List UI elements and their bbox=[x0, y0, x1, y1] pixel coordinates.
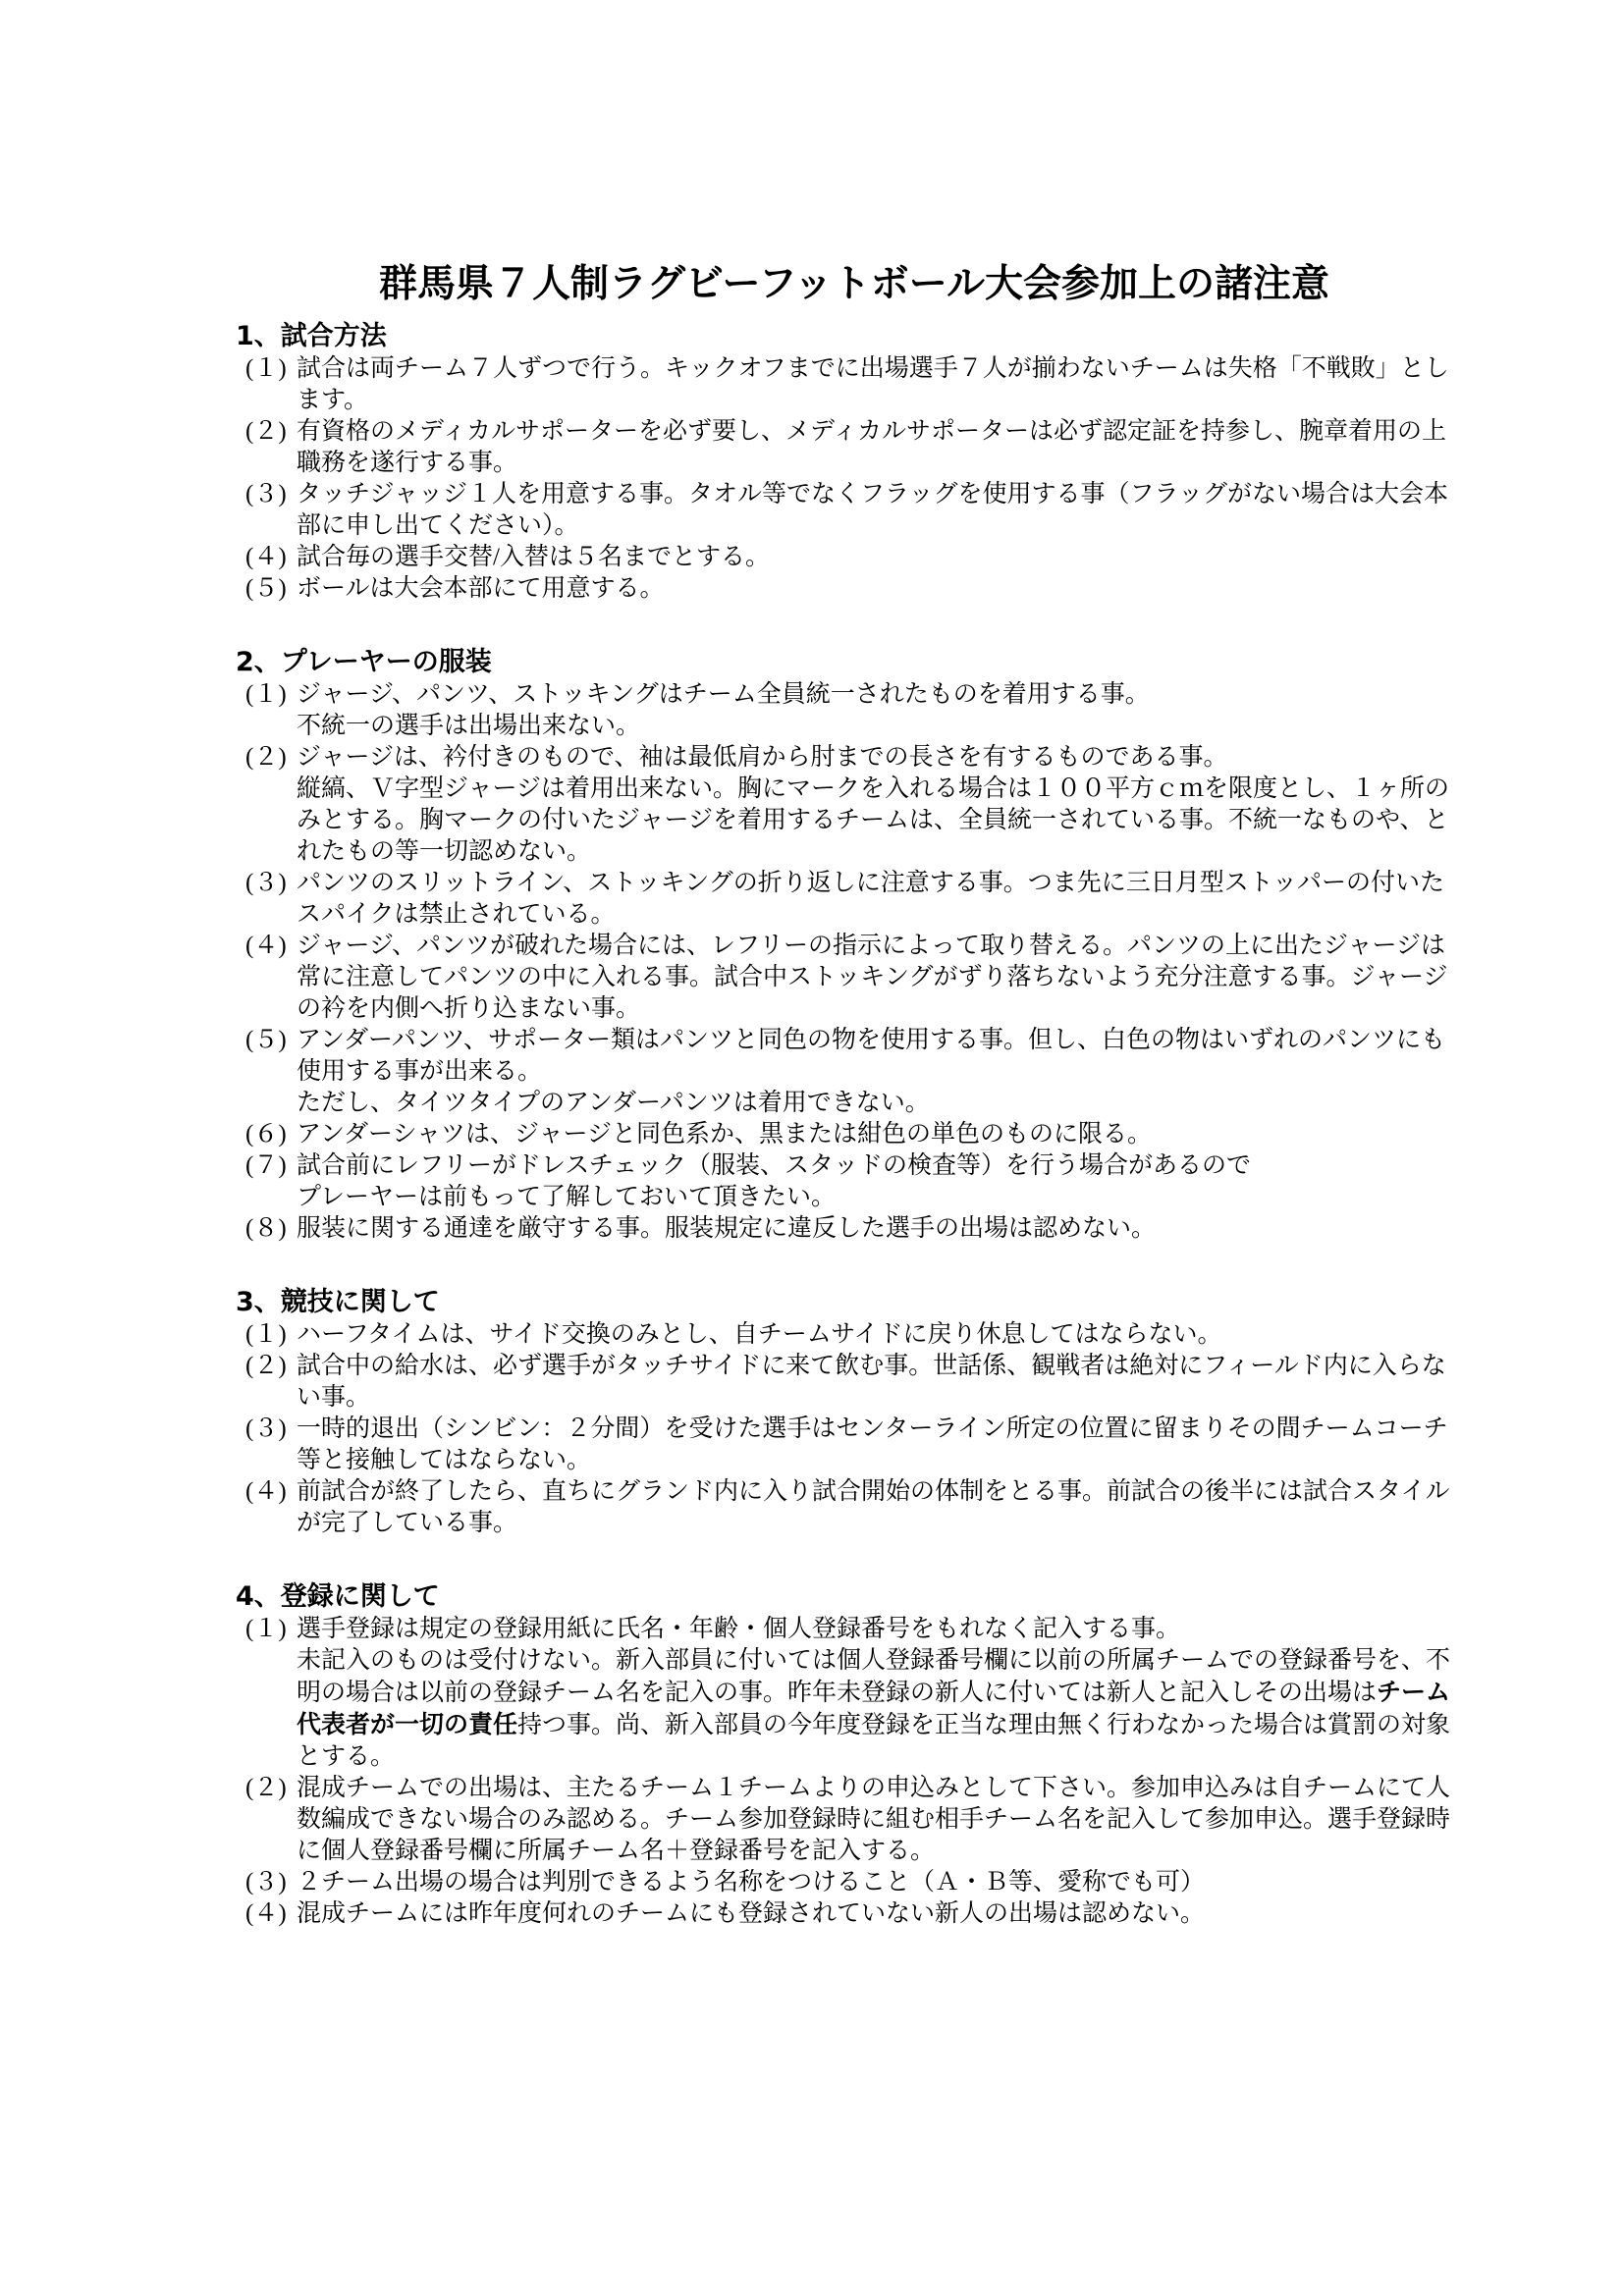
item-text: 服装に関する通達を厳守する事。服装規定に違反した選手の出場は認めない。 bbox=[297, 1213, 1473, 1245]
list-item: (２)試合中の給水は、必ず選手がタッチサイドに来て飲む事。世話係、観戦者は絶対に… bbox=[245, 1351, 1473, 1414]
text-line: アンダーパンツ、サポーター類はパンツと同色の物を使用する事。但し、白色の物はいず… bbox=[297, 1025, 1473, 1056]
item-text: アンダーシャツは、ジャージと同色系か、黒または紺色の単色のものに限る。 bbox=[297, 1119, 1473, 1150]
section-4: 4、登録に関して(１)選手登録は規定の登録用紙に氏名・年齢・個人登録番号をもれな… bbox=[236, 1580, 1473, 1930]
item-number: (１) bbox=[245, 1319, 297, 1351]
text-line: アンダーシャツは、ジャージと同色系か、黒または紺色の単色のものに限る。 bbox=[297, 1119, 1473, 1150]
item-number: (２) bbox=[245, 1351, 297, 1382]
section-3: 3、競技に関して(１)ハーフタイムは、サイド交換のみとし、自チームサイドに戻り休… bbox=[236, 1286, 1473, 1539]
text-line: ジャージ、パンツ、ストッキングはチーム全員統一されたものを着用する事。 bbox=[297, 679, 1473, 711]
text-line: プレーヤーは前もって了解しておいて頂きたい。 bbox=[297, 1182, 1473, 1213]
item-number: (４) bbox=[245, 542, 297, 573]
bold-text: 代表者が一切の責任 bbox=[297, 1710, 517, 1738]
list-item: (１)選手登録は規定の登録用紙に氏名・年齢・個人登録番号をもれなく記入する事。未… bbox=[245, 1614, 1473, 1773]
text-line: い事。 bbox=[297, 1382, 1473, 1414]
list-item: (４)混成チームには昨年度何れのチームにも登録されていない新人の出場は認めない。 bbox=[245, 1898, 1473, 1930]
page-title: 群馬県７人制ラグビーフットボール大会参加上の諸注意 bbox=[236, 261, 1473, 306]
item-text: 混成チームでの出場は、主たるチーム１チームよりの申込みとして下さい。参加申込みは… bbox=[297, 1773, 1473, 1867]
item-number: (３) bbox=[245, 868, 297, 899]
section-1: 1、試合方法(１)試合は両チーム７人ずつで行う。キックオフまでに出場選手７人が揃… bbox=[236, 320, 1473, 605]
text-line: パンツのスリットライン、ストッキングの折り返しに注意する事。つま先に三日月型スト… bbox=[297, 868, 1473, 899]
item-number: (１) bbox=[245, 679, 297, 711]
section-heading: 3、競技に関して bbox=[236, 1286, 1473, 1319]
text-line: 混成チームには昨年度何れのチームにも登録されていない新人の出場は認めない。 bbox=[297, 1898, 1473, 1930]
section-2: 2、プレーヤーの服装(１)ジャージ、パンツ、ストッキングはチーム全員統一されたも… bbox=[236, 646, 1473, 1245]
item-number: (３) bbox=[245, 1867, 297, 1898]
document-content: 群馬県７人制ラグビーフットボール大会参加上の諸注意 1、試合方法(１)試合は両チ… bbox=[236, 261, 1473, 1930]
item-number: (４) bbox=[245, 1476, 297, 1508]
list-item: (３)パンツのスリットライン、ストッキングの折り返しに注意する事。つま先に三日月… bbox=[245, 868, 1473, 931]
item-number: (１) bbox=[245, 353, 297, 385]
text-line: 一時的退出（シンビン：２分間）を受けた選手はセンターライン所定の位置に留まりその… bbox=[297, 1414, 1473, 1445]
text-line: 試合中の給水は、必ず選手がタッチサイドに来て飲む事。世話係、観戦者は絶対にフィー… bbox=[297, 1351, 1473, 1382]
text-line: 前試合が終了したら、直ちにグランド内に入り試合開始の体制をとる事。前試合の後半に… bbox=[297, 1476, 1473, 1508]
list-item: (５)ボールは大会本部にて用意する。 bbox=[245, 573, 1473, 605]
item-text: 前試合が終了したら、直ちにグランド内に入り試合開始の体制をとる事。前試合の後半に… bbox=[297, 1476, 1473, 1539]
item-number: (８) bbox=[245, 1213, 297, 1245]
text-line: みとする。胸マークの付いたジャージを着用するチームは、全員統一されている事。不統… bbox=[297, 805, 1473, 836]
item-text: ２チーム出場の場合は判別できるよう名称をつけること（Ａ・Ｂ等、愛称でも可） bbox=[297, 1867, 1473, 1898]
text-line: 使用する事が出来る。 bbox=[297, 1056, 1473, 1088]
item-text: 有資格のメディカルサポーターを必ず要し、メディカルサポーターは必ず認定証を持参し… bbox=[297, 416, 1473, 479]
item-number: (６) bbox=[245, 1119, 297, 1150]
list-item: (７)試合前にレフリーがドレスチェック（服装、スタッドの検査等）を行う場合がある… bbox=[245, 1150, 1473, 1213]
item-number: (４) bbox=[245, 931, 297, 962]
text-line: スパイクは禁止されている。 bbox=[297, 899, 1473, 931]
text-line: 有資格のメディカルサポーターを必ず要し、メディカルサポーターは必ず認定証を持参し… bbox=[297, 416, 1473, 448]
text-line: ただし、タイツタイプのアンダーパンツは着用できない。 bbox=[297, 1088, 1473, 1119]
item-text: ボールは大会本部にて用意する。 bbox=[297, 573, 1473, 605]
bold-text: チーム bbox=[1377, 1678, 1450, 1706]
text-line: が完了している事。 bbox=[297, 1508, 1473, 1539]
section-heading: 2、プレーヤーの服装 bbox=[236, 646, 1473, 679]
item-text: 試合は両チーム７人ずつで行う。キックオフまでに出場選手７人が揃わないチームは失格… bbox=[297, 353, 1473, 416]
list-item: (３)一時的退出（シンビン：２分間）を受けた選手はセンターライン所定の位置に留ま… bbox=[245, 1414, 1473, 1476]
list-item: (６)アンダーシャツは、ジャージと同色系か、黒または紺色の単色のものに限る。 bbox=[245, 1119, 1473, 1150]
text-line: 試合毎の選手交替/入替は５名までとする。 bbox=[297, 542, 1473, 573]
item-text: 混成チームには昨年度何れのチームにも登録されていない新人の出場は認めない。 bbox=[297, 1898, 1473, 1930]
text-line: 試合前にレフリーがドレスチェック（服装、スタッドの検査等）を行う場合があるので bbox=[297, 1150, 1473, 1182]
item-number: (５) bbox=[245, 1025, 297, 1056]
text-line: 明の場合は以前の登録チーム名を記入の事。昨年未登録の新人に付いては新人と記入しそ… bbox=[297, 1677, 1473, 1709]
text-line: 縦縞、Ｖ字型ジャージは着用出来ない。胸にマークを入れる場合は１００平方ｃｍを限度… bbox=[297, 774, 1473, 805]
list-item: (３)２チーム出場の場合は判別できるよう名称をつけること（Ａ・Ｂ等、愛称でも可） bbox=[245, 1867, 1473, 1898]
text-line: 代表者が一切の責任持つ事。尚、新入部員の今年度登録を正当な理由無く行わなかった場… bbox=[297, 1709, 1473, 1741]
list-item: (２)有資格のメディカルサポーターを必ず要し、メディカルサポーターは必ず認定証を… bbox=[245, 416, 1473, 479]
item-number: (３) bbox=[245, 1414, 297, 1445]
item-text: ハーフタイムは、サイド交換のみとし、自チームサイドに戻り休息してはならない。 bbox=[297, 1319, 1473, 1351]
document-page: 群馬県７人制ラグビーフットボール大会参加上の諸注意 1、試合方法(１)試合は両チ… bbox=[0, 0, 1623, 2296]
item-text: 試合中の給水は、必ず選手がタッチサイドに来て飲む事。世話係、観戦者は絶対にフィー… bbox=[297, 1351, 1473, 1414]
section-heading: 4、登録に関して bbox=[236, 1580, 1473, 1614]
item-text: ジャージ、パンツ、ストッキングはチーム全員統一されたものを着用する事。不統一の選… bbox=[297, 679, 1473, 742]
list-item: (２)混成チームでの出場は、主たるチーム１チームよりの申込みとして下さい。参加申… bbox=[245, 1773, 1473, 1867]
list-item: (８)服装に関する通達を厳守する事。服装規定に違反した選手の出場は認めない。 bbox=[245, 1213, 1473, 1245]
item-text: タッチジャッジ１人を用意する事。タオル等でなくフラッグを使用する事（フラッグがな… bbox=[297, 479, 1473, 542]
item-number: (４) bbox=[245, 1898, 297, 1930]
text-line: 未記入のものは受付けない。新入部員に付いては個人登録番号欄に以前の所属チームでの… bbox=[297, 1645, 1473, 1677]
item-text: 試合前にレフリーがドレスチェック（服装、スタッドの検査等）を行う場合があるのでプ… bbox=[297, 1150, 1473, 1213]
text-line: 試合は両チーム７人ずつで行う。キックオフまでに出場選手７人が揃わないチームは失格… bbox=[297, 353, 1473, 385]
text-line: 服装に関する通達を厳守する事。服装規定に違反した選手の出場は認めない。 bbox=[297, 1213, 1473, 1245]
text-line: タッチジャッジ１人を用意する事。タオル等でなくフラッグを使用する事（フラッグがな… bbox=[297, 479, 1473, 510]
item-text: 選手登録は規定の登録用紙に氏名・年齢・個人登録番号をもれなく記入する事。未記入の… bbox=[297, 1614, 1473, 1773]
list-item: (４)ジャージ、パンツが破れた場合には、レフリーの指示によって取り替える。パンツ… bbox=[245, 931, 1473, 1025]
text-line: ２チーム出場の場合は判別できるよう名称をつけること（Ａ・Ｂ等、愛称でも可） bbox=[297, 1867, 1473, 1898]
list-item: (２)ジャージは、衿付きのもので、袖は最低肩から肘までの長さを有するものである事… bbox=[245, 742, 1473, 868]
item-number: (７) bbox=[245, 1150, 297, 1182]
text-line: 常に注意してパンツの中に入れる事。試合中ストッキングがずり落ちないよう充分注意す… bbox=[297, 962, 1473, 993]
text-line: 数編成できない場合のみ認める。チーム参加登録時に組む相手チーム名を記入して参加申… bbox=[297, 1804, 1473, 1836]
item-text: 試合毎の選手交替/入替は５名までとする。 bbox=[297, 542, 1473, 573]
text-line: 選手登録は規定の登録用紙に氏名・年齢・個人登録番号をもれなく記入する事。 bbox=[297, 1614, 1473, 1645]
item-text: ジャージは、衿付きのもので、袖は最低肩から肘までの長さを有するものである事。縦縞… bbox=[297, 742, 1473, 868]
text-line: 混成チームでの出場は、主たるチーム１チームよりの申込みとして下さい。参加申込みは… bbox=[297, 1773, 1473, 1804]
list-item: (３)タッチジャッジ１人を用意する事。タオル等でなくフラッグを使用する事（フラッ… bbox=[245, 479, 1473, 542]
list-item: (４)試合毎の選手交替/入替は５名までとする。 bbox=[245, 542, 1473, 573]
item-number: (１) bbox=[245, 1614, 297, 1645]
list-item: (４)前試合が終了したら、直ちにグランド内に入り試合開始の体制をとる事。前試合の… bbox=[245, 1476, 1473, 1539]
list-item: (１)試合は両チーム７人ずつで行う。キックオフまでに出場選手７人が揃わないチーム… bbox=[245, 353, 1473, 416]
item-text: ジャージ、パンツが破れた場合には、レフリーの指示によって取り替える。パンツの上に… bbox=[297, 931, 1473, 1025]
list-item: (１)ハーフタイムは、サイド交換のみとし、自チームサイドに戻り休息してはならない… bbox=[245, 1319, 1473, 1351]
item-text: 一時的退出（シンビン：２分間）を受けた選手はセンターライン所定の位置に留まりその… bbox=[297, 1414, 1473, 1476]
item-number: (２) bbox=[245, 416, 297, 448]
text-line: とする。 bbox=[297, 1741, 1473, 1773]
item-number: (２) bbox=[245, 1773, 297, 1804]
text-line: ハーフタイムは、サイド交換のみとし、自チームサイドに戻り休息してはならない。 bbox=[297, 1319, 1473, 1351]
text-line: 不統一の選手は出場出来ない。 bbox=[297, 711, 1473, 742]
text-line: ます。 bbox=[297, 385, 1473, 416]
list-item: (５)アンダーパンツ、サポーター類はパンツと同色の物を使用する事。但し、白色の物… bbox=[245, 1025, 1473, 1119]
item-text: パンツのスリットライン、ストッキングの折り返しに注意する事。つま先に三日月型スト… bbox=[297, 868, 1473, 931]
text-line: 部に申し出てください）。 bbox=[297, 510, 1473, 542]
text-line: れたもの等一切認めない。 bbox=[297, 836, 1473, 868]
text-line: ジャージは、衿付きのもので、袖は最低肩から肘までの長さを有するものである事。 bbox=[297, 742, 1473, 774]
text-line: 職務を遂行する事。 bbox=[297, 448, 1473, 479]
item-number: (５) bbox=[245, 573, 297, 605]
text-line: 等と接触してはならない。 bbox=[297, 1445, 1473, 1476]
text-line: ボールは大会本部にて用意する。 bbox=[297, 573, 1473, 605]
list-item: (１)ジャージ、パンツ、ストッキングはチーム全員統一されたものを着用する事。不統… bbox=[245, 679, 1473, 742]
item-number: (２) bbox=[245, 742, 297, 774]
text-line: に個人登録番号欄に所属チーム名＋登録番号を記入する。 bbox=[297, 1836, 1473, 1867]
item-text: アンダーパンツ、サポーター類はパンツと同色の物を使用する事。但し、白色の物はいず… bbox=[297, 1025, 1473, 1119]
text-line: の衿を内側へ折り込まない事。 bbox=[297, 993, 1473, 1025]
item-number: (３) bbox=[245, 479, 297, 510]
sections-container: 1、試合方法(１)試合は両チーム７人ずつで行う。キックオフまでに出場選手７人が揃… bbox=[236, 320, 1473, 1930]
text-line: ジャージ、パンツが破れた場合には、レフリーの指示によって取り替える。パンツの上に… bbox=[297, 931, 1473, 962]
section-heading: 1、試合方法 bbox=[236, 320, 1473, 353]
